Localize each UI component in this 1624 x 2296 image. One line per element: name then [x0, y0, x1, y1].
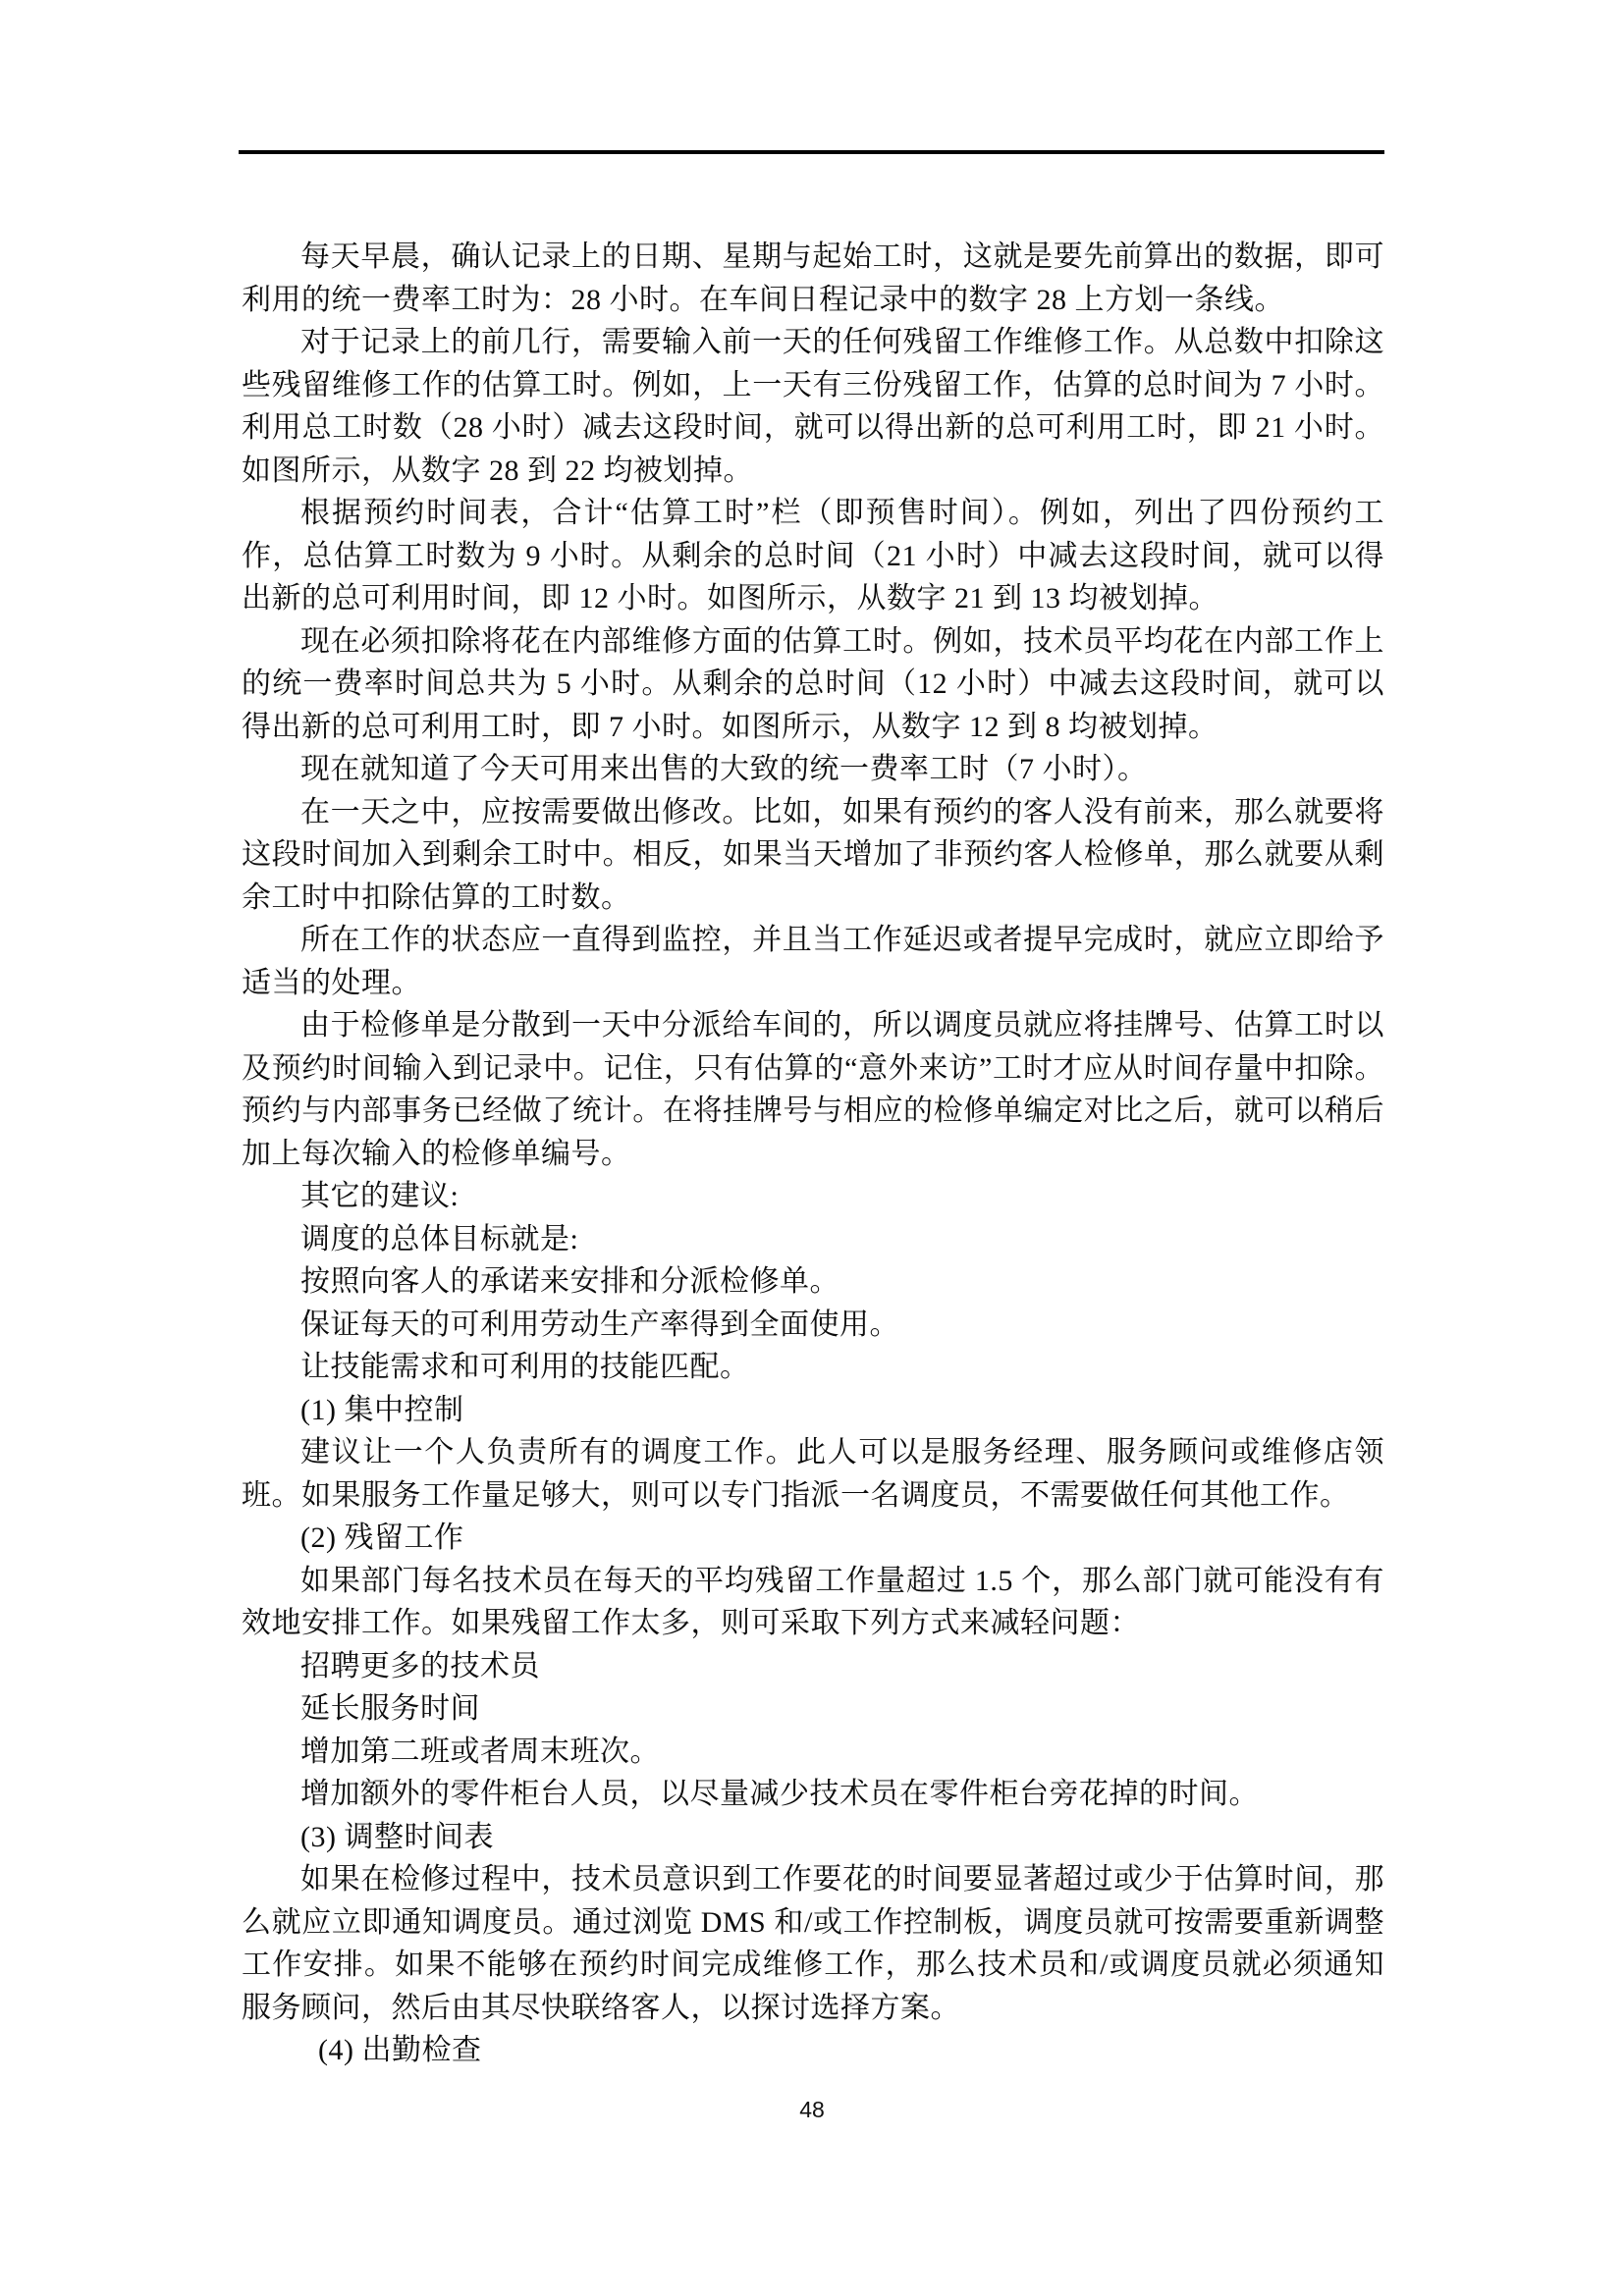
document-body: 每天早晨，确认记录上的日期、星期与起始工时，这就是要先前算出的数据，即可利用的统…: [242, 236, 1384, 2072]
paragraph: 其它的建议:: [242, 1175, 1384, 1218]
paragraph: (4) 出勤检查: [242, 2029, 1384, 2072]
paragraph: 按照向客人的承诺来安排和分派检修单。: [242, 1260, 1384, 1304]
paragraph: 如果在检修过程中，技术员意识到工作要花的时间要显著超过或少于估算时间，那么就应立…: [242, 1858, 1384, 2029]
paragraph: 由于检修单是分散到一天中分派给车间的，所以调度员就应将挂牌号、估算工时以及预约时…: [242, 1004, 1384, 1175]
paragraph: 让技能需求和可利用的技能匹配。: [242, 1346, 1384, 1389]
paragraph: 在一天之中，应按需要做出修改。比如，如果有预约的客人没有前来，那么就要将这段时间…: [242, 791, 1384, 920]
paragraph: 对于记录上的前几行，需要输入前一天的任何残留工作维修工作。从总数中扣除这些残留维…: [242, 321, 1384, 492]
paragraph: 增加第二班或者周末班次。: [242, 1731, 1384, 1774]
paragraph: 增加额外的零件柜台人员，以尽量减少技术员在零件柜台旁花掉的时间。: [242, 1773, 1384, 1816]
page-number: 48: [799, 2097, 825, 2122]
paragraph: 如果部门每名技术员在每天的平均残留工作量超过 1.5 个，那么部门就可能没有有效…: [242, 1560, 1384, 1645]
paragraph: 调度的总体目标就是:: [242, 1218, 1384, 1261]
paragraph: 延长服务时间: [242, 1687, 1384, 1731]
paragraph: 现在就知道了今天可用来出售的大致的统一费率工时（7 小时）。: [242, 748, 1384, 791]
document-page: 每天早晨，确认记录上的日期、星期与起始工时，这就是要先前算出的数据，即可利用的统…: [0, 0, 1624, 2296]
paragraph: 每天早晨，确认记录上的日期、星期与起始工时，这就是要先前算出的数据，即可利用的统…: [242, 236, 1384, 321]
paragraph: 根据预约时间表，合计“估算工时”栏（即预售时间）。例如，列出了四份预约工作，总估…: [242, 492, 1384, 620]
paragraph: (3) 调整时间表: [242, 1816, 1384, 1859]
paragraph: 现在必须扣除将花在内部维修方面的估算工时。例如，技术员平均花在内部工作上的统一费…: [242, 620, 1384, 749]
header-rule: [239, 150, 1384, 154]
paragraph: 招聘更多的技术员: [242, 1645, 1384, 1688]
page-footer: 48: [0, 2097, 1624, 2123]
paragraph: (1) 集中控制: [242, 1389, 1384, 1432]
paragraph: 所在工作的状态应一直得到监控，并且当工作延迟或者提早完成时，就应立即给予适当的处…: [242, 919, 1384, 1004]
paragraph: 保证每天的可利用劳动生产率得到全面使用。: [242, 1304, 1384, 1347]
paragraph: 建议让一个人负责所有的调度工作。此人可以是服务经理、服务顾问或维修店领班。如果服…: [242, 1431, 1384, 1517]
paragraph: (2) 残留工作: [242, 1517, 1384, 1560]
